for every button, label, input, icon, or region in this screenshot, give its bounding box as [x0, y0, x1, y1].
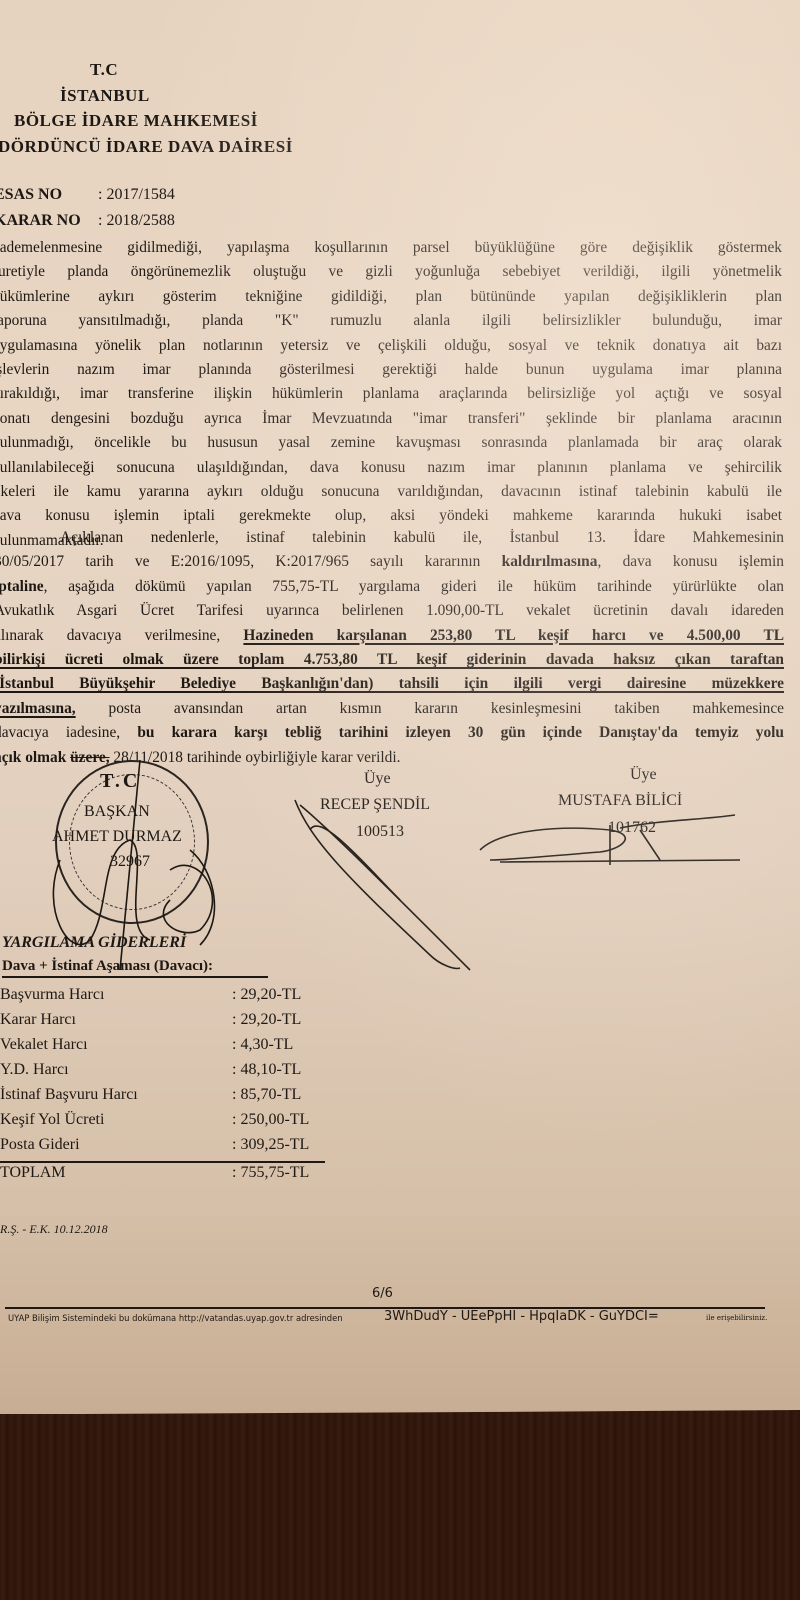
cost-value: : 29,20-TL [232, 986, 301, 1004]
reasoning-paragraph: kademelenmesine gidilmediği, yapılaşma k… [0, 236, 782, 553]
cost-label: Keşif Yol Ücreti [0, 1111, 104, 1129]
reasoning-line: raporuna yansıtılmadığı, planda "K" rumu… [0, 309, 782, 333]
uyap-notice: UYAP Bilişim Sistemindeki bu dokümana ht… [8, 1313, 343, 1323]
ruling-line-6: bilirkişi ücreti olmak üzere toplam 4.75… [0, 648, 784, 672]
cost-row: Başvurma Harcı: 29,20-TL [0, 986, 330, 1010]
esas-no: ESAS NO [0, 186, 62, 204]
cost-value: : 4,30-TL [232, 1036, 293, 1054]
cost-label: Y.D. Harcı [0, 1061, 69, 1079]
cost-row: Vekalet Harcı: 4,30-TL [0, 1036, 330, 1060]
total-value: : 755,75-TL [232, 1164, 309, 1182]
ruling-line-3: iptaline, aşağıda dökümü yapılan 755,75-… [0, 575, 784, 599]
header-court: BÖLGE İDARE MAHKEMESİ [14, 111, 258, 131]
reasoning-line: kullanılabileceği sonucuna ulaşıldığında… [0, 456, 782, 480]
cost-value: : 250,00-TL [232, 1111, 309, 1129]
cost-value: : 85,70-TL [232, 1086, 301, 1104]
document-page: T.C İSTANBUL BÖLGE İDARE MAHKEMESİ DÖRDÜ… [0, 0, 800, 1414]
cost-value: : 29,20-TL [232, 1011, 301, 1029]
ruling-paragraph: Açıklanan nedenlerle, istinaf talebinin … [0, 526, 784, 770]
karar-label: KARAR NO [0, 212, 81, 229]
header-chamber: DÖRDÜNCÜ İDARE DAVA DAİRESİ [0, 137, 293, 157]
ruling-line-1: Açıklanan nedenlerle, istinaf talebinin … [0, 526, 784, 550]
ruling-line-8: yazılmasına, posta avansından artan kısm… [0, 697, 784, 721]
reasoning-line: bulunmadığı, öncelikle bu hususun yasal … [0, 431, 782, 455]
reasoning-line: donatı dengesini bozduğu ayrıca İmar Mev… [0, 407, 782, 431]
cost-row: Y.D. Harcı: 48,10-TL [0, 1061, 330, 1085]
costs-subtitle: Dava + İstinaf Aşaması (Davacı): [2, 958, 268, 978]
ruling-line-4: Avukatlık Asgari Ücret Tarifesi uyarınca… [0, 599, 784, 623]
cost-label: Posta Gideri [0, 1136, 80, 1154]
total-label: TOPLAM [0, 1164, 66, 1182]
karar-value: : 2018/2588 [98, 212, 175, 230]
cost-label: Karar Harcı [0, 1011, 76, 1029]
cost-total-row: TOPLAM : 755,75-TL [0, 1164, 330, 1188]
cost-value: : 48,10-TL [232, 1061, 301, 1079]
reasoning-line: uygulamasına yönelik plan notlarının yet… [0, 334, 782, 358]
cost-value: : 309,25-TL [232, 1136, 309, 1154]
karar-no: KARAR NO [0, 212, 81, 230]
ruling-line-5: alınarak davacıya verilmesine, Hazineden… [0, 624, 784, 648]
total-divider [0, 1161, 325, 1163]
reasoning-line: suretiyle planda öngörünemezlik oluştuğu… [0, 260, 782, 284]
reasoning-line: ilkeleri ile kamu yararına aykırı olduğu… [0, 480, 782, 504]
cost-row: Karar Harcı: 29,20-TL [0, 1011, 330, 1035]
reasoning-line: kademelenmesine gidilmediği, yapılaşma k… [0, 236, 782, 260]
page-number: 6/6 [372, 1286, 393, 1301]
cost-row: İstinaf Başvuru Harcı: 85,70-TL [0, 1086, 330, 1110]
esas-label: ESAS NO [0, 186, 62, 203]
cost-label: Vekalet Harcı [0, 1036, 88, 1054]
cost-row: Keşif Yol Ücreti: 250,00-TL [0, 1111, 330, 1135]
reasoning-line: bırakıldığı, imar transferine ilişkin hü… [0, 382, 782, 406]
esas-value: : 2017/1584 [98, 186, 175, 204]
cost-row: Posta Gideri: 309,25-TL [0, 1136, 330, 1160]
verification-code: 3WhDudY - UEePpHI - HpqIaDK - GuYDCI= [384, 1309, 659, 1324]
header-city: İSTANBUL [60, 86, 150, 106]
reasoning-line: hükümlerine aykırı gösterim tekniğine gi… [0, 285, 782, 309]
cost-label: Başvurma Harcı [0, 986, 104, 1004]
header-tc: T.C [90, 60, 118, 80]
costs-title: YARGILAMA GİDERLERİ [2, 934, 186, 952]
ruling-line-2: 30/05/2017 tarih ve E:2016/1095, K:2017/… [0, 550, 784, 574]
cost-label: İstinaf Başvuru Harcı [0, 1086, 138, 1104]
clerk-initials: R.Ş. - E.K. 10.12.2018 [0, 1222, 108, 1237]
ruling-line-7: (İstanbul Büyükşehir Belediye Başkanlığı… [0, 672, 784, 696]
reasoning-line: işlevlerin nazım imar planında gösterilm… [0, 358, 782, 382]
desk-background [0, 1410, 800, 1600]
uyap-notice-suffix: ile erişebilirsiniz. [706, 1314, 767, 1322]
